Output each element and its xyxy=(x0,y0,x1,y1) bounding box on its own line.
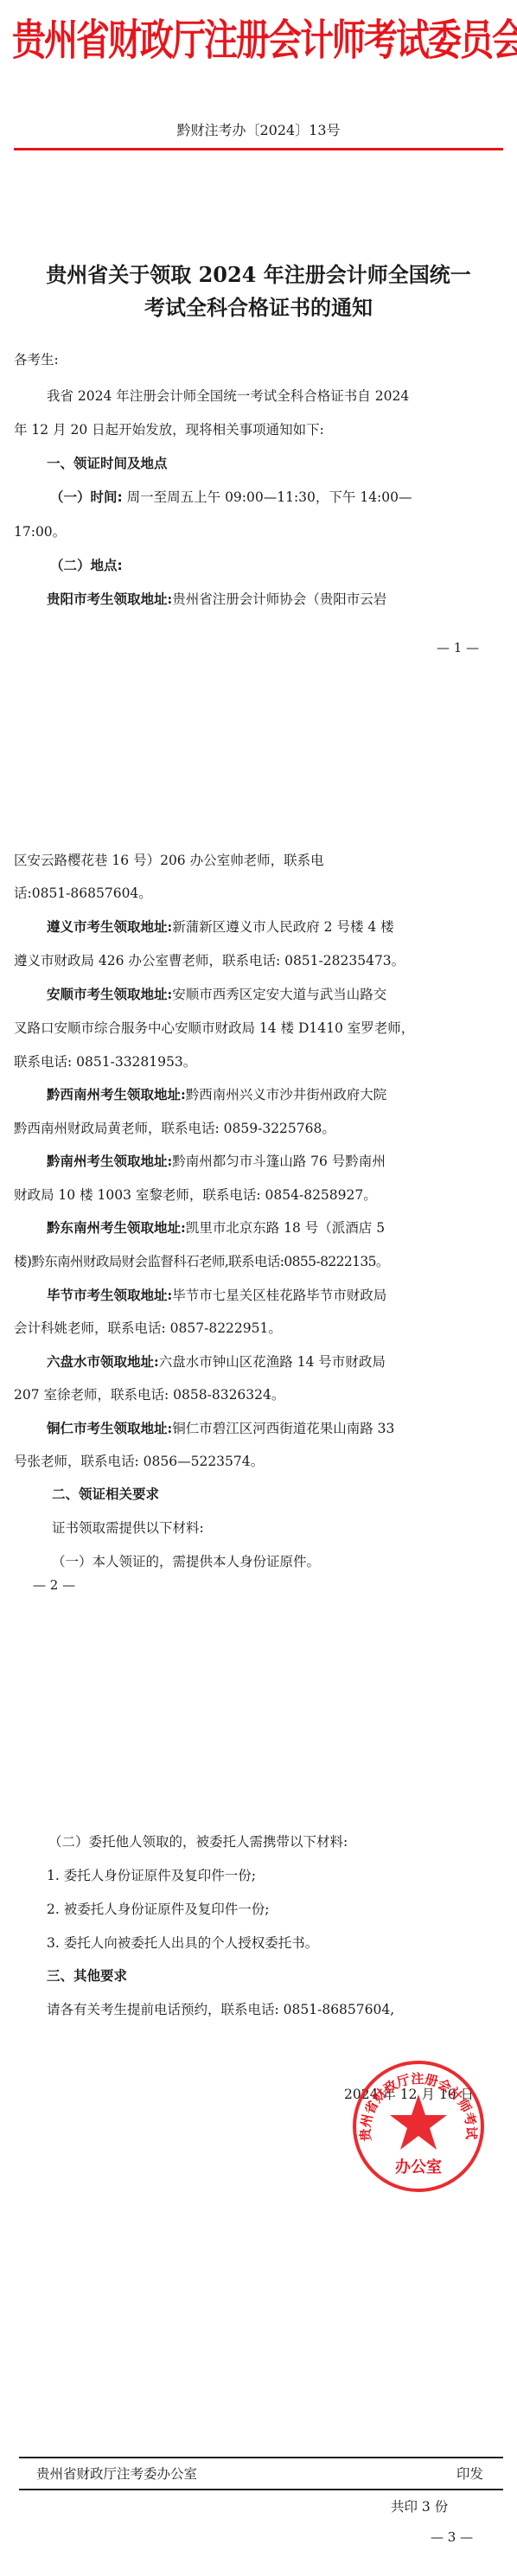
location-qianxinan: 黔西南州考生领取地址:黔西南州兴义市沙井街州政府大院 xyxy=(47,1084,386,1103)
section2-heading: 二、领证相关要求 xyxy=(52,1484,159,1503)
notice-title-line1: 贵州省关于领取 2024 年注册会计师全国统一 xyxy=(0,258,517,288)
location-bijie-line2: 会计科姚老师，联系电话: 0857-8222951。 xyxy=(14,1318,282,1337)
location-anshun-line2: 叉路口安顺市综合服务中心安顺市财政局 14 楼 D1410 室罗老师， xyxy=(14,1018,414,1037)
time-value: 周一至周五上午 09:00—11:30，下午 14:00— xyxy=(127,489,412,505)
footer-issuer: 贵州省财政厅注考委办公室 xyxy=(36,2464,197,2483)
red-divider xyxy=(14,148,503,150)
location-liupanshui-line2: 207 室徐老师，联系电话: 0858-8326324。 xyxy=(14,1384,284,1403)
section2-item2: （二）委托他人领取的，被委托人需携带以下材料: xyxy=(48,1831,348,1851)
section3-heading: 三、其他要求 xyxy=(47,1966,127,1985)
seal-stamp-icon: 贵州省财政厅注册会计师考试委员会 办公室 xyxy=(350,2058,487,2195)
time-line2: 17:00。 xyxy=(14,521,66,540)
location-guiyang-line3: 话:0851-86857604。 xyxy=(14,883,152,902)
notice-title-line2: 考试全科合格证书的通知 xyxy=(0,291,517,321)
footer-top-rule xyxy=(19,2457,503,2458)
location-anshun: 安顺市考生领取地址:安顺市西秀区定安大道与武当山路交 xyxy=(47,984,386,1003)
location-tongren: 铜仁市考生领取地址:铜仁市碧江区河西街道花果山南路 33 xyxy=(47,1418,394,1437)
official-seal: 贵州省财政厅注册会计师考试委员会 办公室 xyxy=(350,2058,487,2195)
time-line: （一）时间: 周一至周五上午 09:00—11:30，下午 14:00— xyxy=(50,487,412,506)
place-label: （二）地点: xyxy=(50,555,123,574)
location-qianxinan-line2: 黔西南州财政局黄老师，联系电话: 0859-3225768。 xyxy=(14,1118,335,1137)
location-qiandongnan: 黔东南州考生领取地址:凯里市北京东路 18 号（派酒店 5 xyxy=(47,1218,385,1237)
section3-text: 请各有关考生提前电话预约，联系电话: 0851-86857604, xyxy=(47,1999,394,2018)
footer-issued: 印发 xyxy=(456,2464,483,2483)
section2-item1: （一）本人领证的，需提供本人身份证原件。 xyxy=(52,1551,320,1570)
intro-line2: 年 12 月 20 日起开始发放，现将相关事项通知如下: xyxy=(14,419,324,438)
page-number-1: — 1 — xyxy=(437,640,479,655)
document-number: 黔财注考办〔2024〕13号 xyxy=(0,119,517,139)
location-bijie: 毕节市考生领取地址:毕节市七星关区桂花路毕节市财政局 xyxy=(47,1285,386,1304)
location-qiannan: 黔南州考生领取地址:黔南州都匀市斗篷山路 76 号黔南州 xyxy=(47,1151,386,1170)
time-label: （一）时间: xyxy=(50,489,123,505)
location-anshun-line3: 联系电话: 0851-33281953。 xyxy=(14,1051,196,1071)
footer-copies: 共印 3 份 xyxy=(391,2496,448,2515)
location-zunyi-line2: 遵义市财政局 426 办公室曹老师，联系电话: 0851-28235473。 xyxy=(14,950,405,969)
section1-heading: 一、领证时间及地点 xyxy=(47,453,168,472)
location-guiyang-line2: 区安云路樱花巷 16 号）206 办公室帅老师，联系电 xyxy=(14,850,324,869)
salutation: 各考生: xyxy=(14,349,59,368)
location-qiannan-line2: 财政局 10 楼 1003 室黎老师，联系电话: 0854-8258927。 xyxy=(14,1185,377,1204)
svg-text:办公室: 办公室 xyxy=(395,2157,442,2176)
masthead-title: 贵州省财政厅注册会计师考试委员会办公室文件 xyxy=(12,7,509,67)
page-number-2: — 2 — xyxy=(33,1577,75,1593)
location-qiandongnan-line2: 楼)黔东南州财政局财会监督科石老师,联系电话:0855-8222135。 xyxy=(14,1251,389,1270)
location-liupanshui: 六盘水市领取地址:六盘水市钟山区花渔路 14 号市财政局 xyxy=(47,1352,386,1371)
page-number-3: — 3 — xyxy=(431,2529,473,2545)
location-guiyang: 贵阳市考生领取地址:贵州省注册会计师协会（贵阳市云岩 xyxy=(47,589,386,608)
sub-item-2: 2. 被委托人身份证原件及复印件一份; xyxy=(47,1899,269,1918)
sub-item-1: 1. 委托人身份证原件及复印件一份; xyxy=(47,1865,256,1884)
footer-bottom-rule xyxy=(19,2489,503,2490)
intro-line1: 我省 2024 年注册会计师全国统一考试全科合格证书自 2024 xyxy=(47,386,409,405)
section2-intro: 证书领取需提供以下材料: xyxy=(52,1518,204,1537)
sub-item-3: 3. 委托人向被委托人出具的个人授权委托书。 xyxy=(47,1933,318,1952)
location-tongren-line2: 号张老师，联系电话: 0856—5223574。 xyxy=(14,1451,264,1470)
location-zunyi: 遵义市考生领取地址:新蒲新区遵义市人民政府 2 号楼 4 楼 xyxy=(47,917,394,936)
